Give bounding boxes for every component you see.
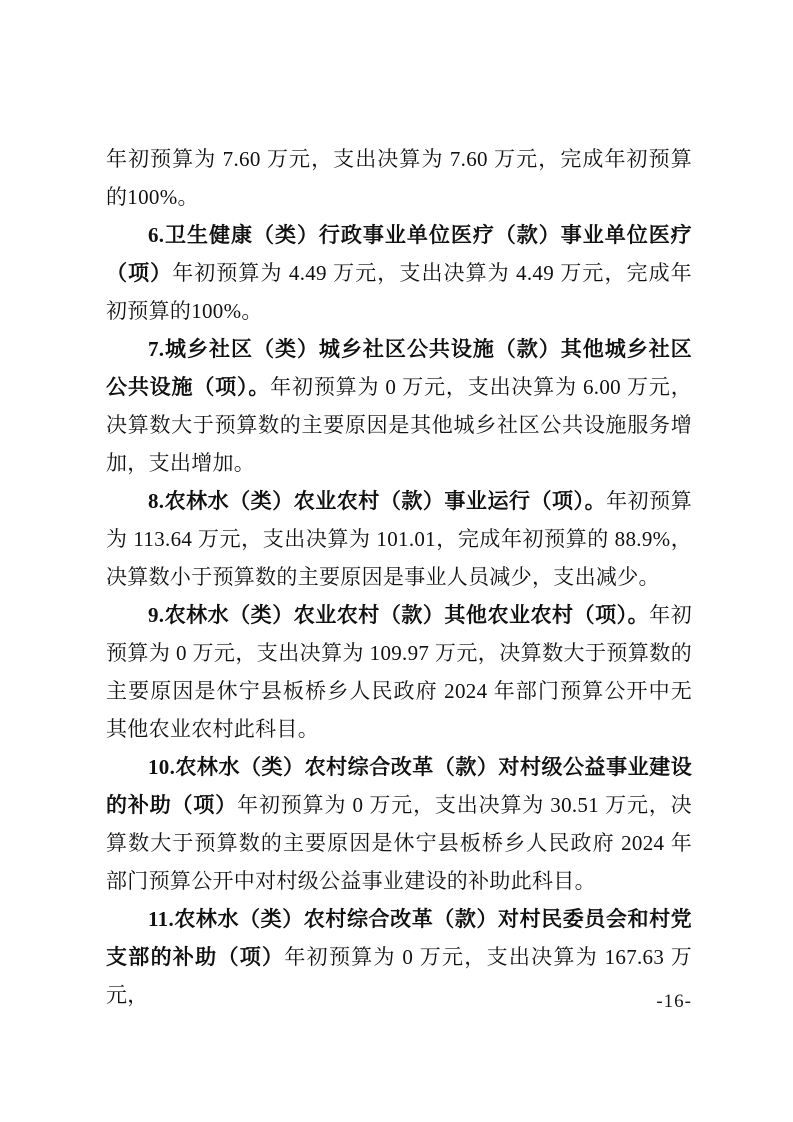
paragraph-continuation-text: 年初预算为 7.60 万元，支出决算为 7.60 万元，完成年初预算的100%。 [106,147,692,209]
document-page: { "page": { "background": "#ffffff", "te… [0,0,793,1122]
paragraph-item-6: 6.卫生健康（类）行政事业单位医疗（款）事业单位医疗（项）年初预算为 4.49 … [106,216,692,330]
paragraph-continuation: 年初预算为 7.60 万元，支出决算为 7.60 万元，完成年初预算的100%。 [106,140,692,216]
paragraph-item-7: 7.城乡社区（类）城乡社区公共设施（款）其他城乡社区公共设施（项）。年初预算为 … [106,330,692,482]
paragraph-item-10: 10.农林水（类）农村综合改革（款）对村级公益事业建设的补助（项）年初预算为 0… [106,748,692,900]
paragraph-item-6-body: 年初预算为 4.49 万元，支出决算为 4.49 万元，完成年初预算的100%。 [106,261,692,323]
paragraph-item-9-heading: 9.农林水（类）农业农村（款）其他农业农村（项）。 [148,603,649,627]
paragraph-item-9: 9.农林水（类）农业农村（款）其他农业农村（项）。年初预算为 0 万元，支出决算… [106,596,692,748]
paragraph-item-8: 8.农林水（类）农业农村（款）事业运行（项）。年初预算为 113.64 万元，支… [106,482,692,596]
page-number: -16- [656,990,692,1014]
paragraph-item-8-heading: 8.农林水（类）农业农村（款）事业运行（项）。 [148,489,606,513]
page-body-text: 年初预算为 7.60 万元，支出决算为 7.60 万元，完成年初预算的100%。… [106,140,692,1014]
paragraph-item-11: 11.农林水（类）农村综合改革（款）对村民委员会和村党支部的补助（项）年初预算为… [106,900,692,1014]
report-page: 年初预算为 7.60 万元，支出决算为 7.60 万元，完成年初预算的100%。… [0,0,793,1122]
